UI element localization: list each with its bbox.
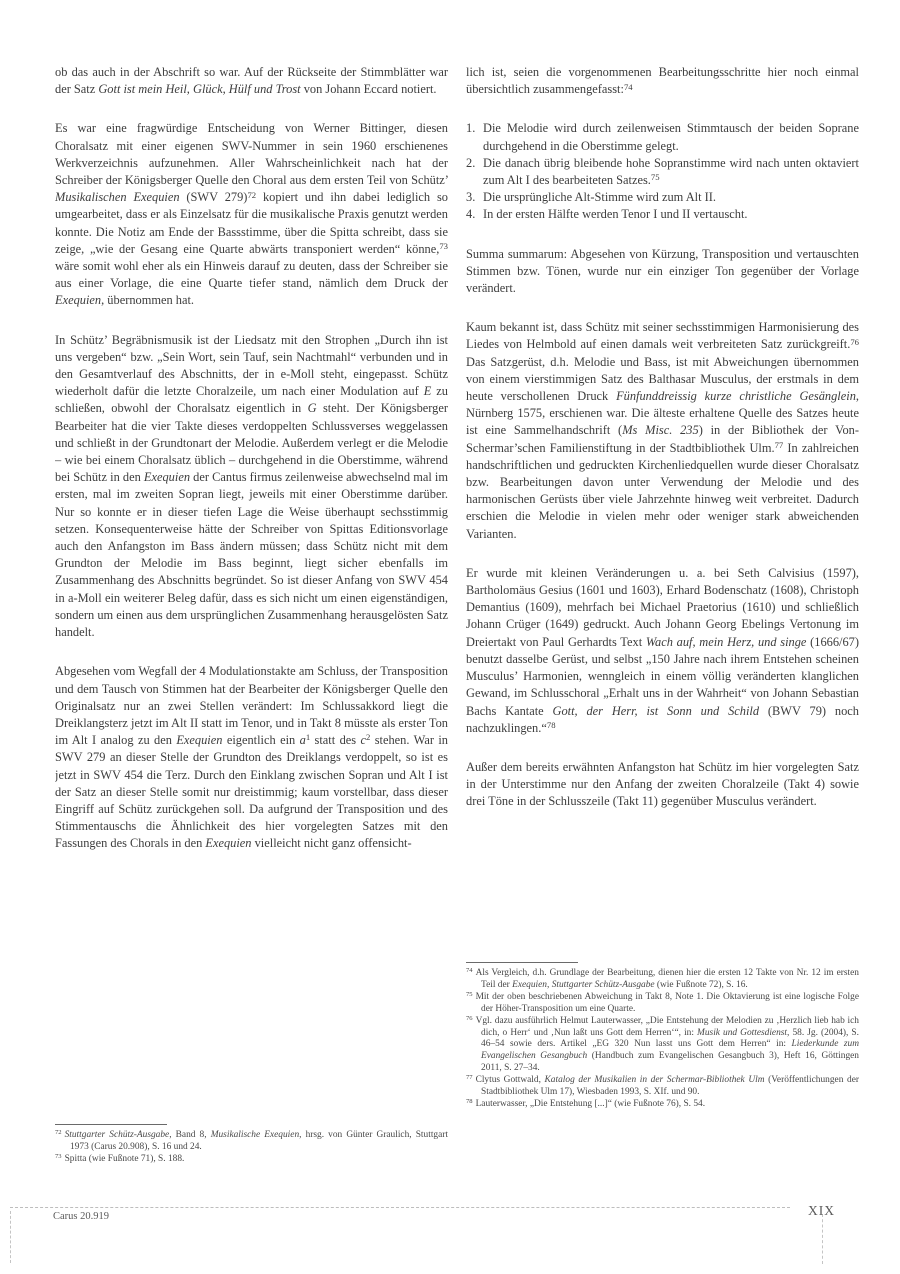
body-paragraph: In Schütz’ Begräbnismusik ist der Liedsa… xyxy=(55,332,448,642)
list-item-text: Die danach übrig bleibende hohe Sopranst… xyxy=(483,155,859,189)
footnote-rule xyxy=(55,1124,167,1125)
list-item: 2. Die danach übrig bleibende hohe Sopra… xyxy=(466,155,859,189)
list-item: 1. Die Melodie wird durch zeilenweisen S… xyxy=(466,120,859,154)
list-item-text: In der ersten Hälfte werden Tenor I und … xyxy=(483,206,859,223)
right-footnotes: 74Als Vergleich, d.h. Grundlage der Bear… xyxy=(466,962,859,1190)
list-item-text: Die Melodie wird durch zeilenweisen Stim… xyxy=(483,120,859,154)
page-number: XIX xyxy=(700,1203,835,1219)
footnote: 73Spitta (wie Fußnote 71), S. 188. xyxy=(55,1154,448,1166)
body-paragraph: Abgesehen vom Wegfall der 4 Modulationst… xyxy=(55,663,448,852)
footnote-text: Clytus Gottwald, Katalog der Musikalien … xyxy=(476,1075,859,1097)
footnote-text: Spitta (wie Fußnote 71), S. 188. xyxy=(65,1154,185,1164)
footnote-number: 72 xyxy=(55,1129,62,1136)
right-crop-mark xyxy=(822,1214,823,1264)
footnote-number: 73 xyxy=(55,1153,62,1160)
list-item: 3. Die ursprüngliche Alt-Stimme wird zum… xyxy=(466,189,859,206)
footnote-number: 78 xyxy=(466,1098,473,1105)
list-item: 4. In der ersten Hälfte werden Tenor I u… xyxy=(466,206,859,223)
footnote-text: Stuttgarter Schütz-Ausgabe, Band 8, Musi… xyxy=(65,1130,448,1152)
body-paragraph: lich ist, seien die vorgenommenen Bearbe… xyxy=(466,64,859,98)
footnote-text: Mit der oben beschriebenen Abweichung in… xyxy=(476,992,859,1014)
numbered-list: 1. Die Melodie wird durch zeilenweisen S… xyxy=(466,120,859,223)
footnote: 78Lauterwasser, „Die Entstehung [...]“ (… xyxy=(466,1099,859,1111)
footnote: 72Stuttgarter Schütz-Ausgabe, Band 8, Mu… xyxy=(55,1130,448,1154)
list-item-text: Die ursprüngliche Alt-Stimme wird zum Al… xyxy=(483,189,859,206)
footnote: 74Als Vergleich, d.h. Grundlage der Bear… xyxy=(466,968,859,992)
footnote: 76Vgl. dazu ausführlich Helmut Lauterwas… xyxy=(466,1016,859,1076)
left-crop-mark xyxy=(10,1211,11,1263)
footnote-number: 77 xyxy=(466,1074,473,1081)
body-paragraph: ob das auch in der Abschrift so war. Auf… xyxy=(55,64,448,98)
footnote: 75Mit der oben beschriebenen Abweichung … xyxy=(466,992,859,1016)
list-item-number: 1. xyxy=(466,120,483,154)
document-page: ob das auch in der Abschrift so war. Auf… xyxy=(0,0,900,1274)
footnote-number: 75 xyxy=(466,991,473,998)
footnote-number: 76 xyxy=(466,1015,473,1022)
body-paragraph: Es war eine fragwürdige Entscheidung von… xyxy=(55,120,448,309)
left-column: ob das auch in der Abschrift so war. Auf… xyxy=(55,64,448,1122)
catalog-number: Carus 20.919 xyxy=(53,1211,109,1222)
footnote: 77Clytus Gottwald, Katalog der Musikalie… xyxy=(466,1075,859,1099)
footnote-text: Vgl. dazu ausführlich Helmut Lauterwasse… xyxy=(476,1016,859,1074)
body-paragraph: Außer dem bereits erwähnten Anfangston h… xyxy=(466,759,859,811)
left-footnotes: 72Stuttgarter Schütz-Ausgabe, Band 8, Mu… xyxy=(55,1124,448,1194)
list-item-number: 3. xyxy=(466,189,483,206)
footnote-text: Lauterwasser, „Die Entstehung [...]“ (wi… xyxy=(476,1099,706,1109)
list-item-number: 2. xyxy=(466,155,483,189)
body-paragraph: Er wurde mit kleinen Veränderungen u. a.… xyxy=(466,565,859,737)
right-column: lich ist, seien die vorgenommenen Bearbe… xyxy=(466,64,859,962)
footnote-rule xyxy=(466,962,578,963)
body-paragraph: Kaum bekannt ist, dass Schütz mit seiner… xyxy=(466,319,859,543)
footnote-text: Als Vergleich, d.h. Grundlage der Bearbe… xyxy=(476,968,859,990)
list-item-number: 4. xyxy=(466,206,483,223)
body-paragraph: Summa summarum: Abgesehen von Kürzung, T… xyxy=(466,246,859,298)
bottom-crop-line xyxy=(10,1207,790,1208)
footnote-number: 74 xyxy=(466,967,473,974)
